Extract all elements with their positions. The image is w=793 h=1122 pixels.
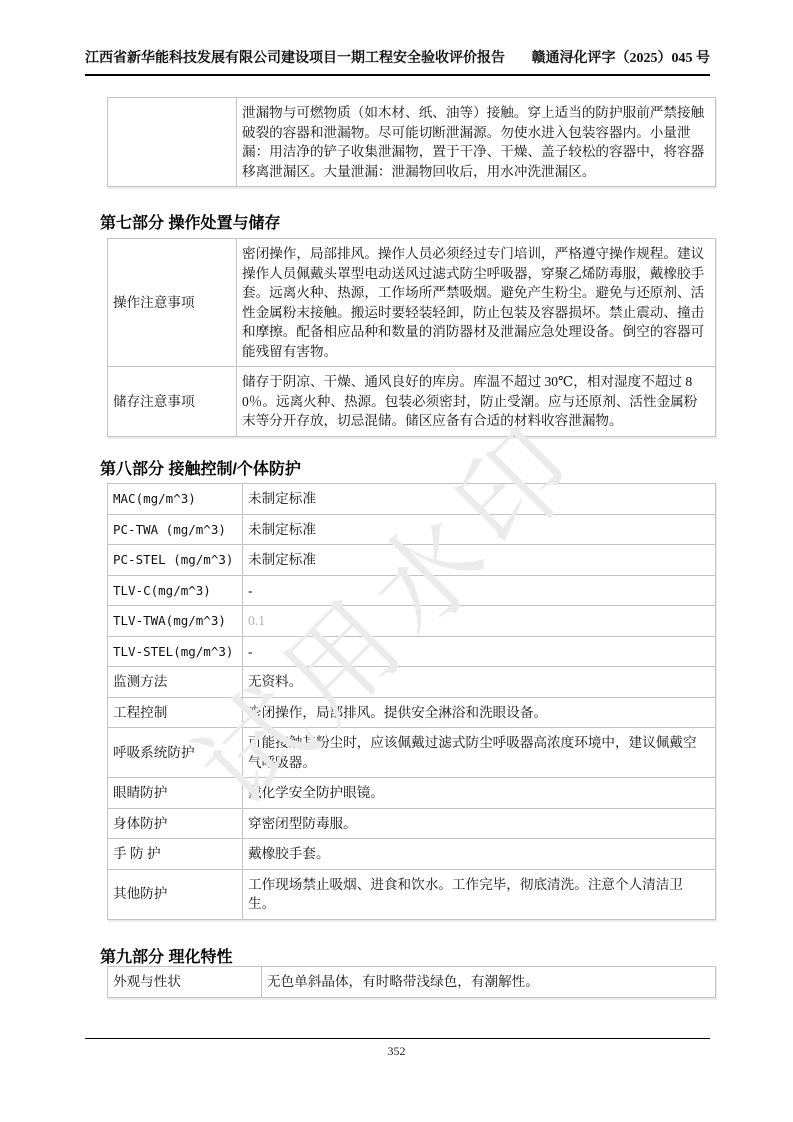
handling-storage-table: 操作注意事项 密闭操作，局部排风。操作人员必须经过专门培训，严格遵守操作规程。建… bbox=[107, 238, 716, 437]
row-value: 戴化学安全防护眼镜。 bbox=[243, 778, 716, 809]
row-label: TLV-TWA(mg/m^3) bbox=[108, 606, 243, 637]
row-label: 储存注意事项 bbox=[108, 367, 237, 437]
section8-title: 第八部分 接触控制/个体防护 bbox=[100, 460, 716, 479]
continuation-table: 泄漏物与可燃物质（如木材、纸、油等）接触。穿上适当的防护服前严禁接触破裂的容器和… bbox=[107, 97, 716, 187]
footer-rule bbox=[85, 1038, 710, 1039]
row-value: - bbox=[243, 636, 716, 667]
row-value: 无资料。 bbox=[243, 667, 716, 698]
table-row: TLV-STEL(mg/m^3) - bbox=[108, 636, 716, 667]
table-row: PC-STEL (mg/m^3) 未制定标准 bbox=[108, 545, 716, 576]
page-header: 江西省新华能科技发展有限公司建设项目一期工程安全验收评价报告 赣通浔化评字（20… bbox=[85, 50, 710, 76]
table-row: 操作注意事项 密闭操作，局部排风。操作人员必须经过专门培训，严格遵守操作规程。建… bbox=[108, 239, 716, 367]
row-label: TLV-STEL(mg/m^3) bbox=[108, 636, 243, 667]
row-label: 工程控制 bbox=[108, 697, 243, 728]
table-row: 呼吸系统防护 可能接触其粉尘时，应该佩戴过滤式防尘呼吸器高浓度环境中，建议佩戴空… bbox=[108, 728, 716, 778]
row-label: 其他防护 bbox=[108, 869, 243, 919]
row-label: PC-STEL (mg/m^3) bbox=[108, 545, 243, 576]
section7-title: 第七部分 操作处置与储存 bbox=[100, 214, 716, 233]
row-value: 未制定标准 bbox=[243, 514, 716, 545]
row-label: 操作注意事项 bbox=[108, 239, 237, 367]
row-value: 未制定标准 bbox=[243, 545, 716, 576]
document-page: 江西省新华能科技发展有限公司建设项目一期工程安全验收评价报告 赣通浔化评字（20… bbox=[0, 0, 793, 1122]
section9-title: 第九部分 理化特性 bbox=[100, 948, 716, 967]
row-label: 手 防 护 bbox=[108, 839, 243, 870]
row-value: 工作现场禁止吸烟、进食和饮水。工作完毕，彻底清洗。注意个人清洁卫生。 bbox=[243, 869, 716, 919]
row-value: 未制定标准 bbox=[243, 484, 716, 515]
row-value: 无色单斜晶体，有时略带浅绿色，有潮解性。 bbox=[262, 967, 716, 998]
row-label: 呼吸系统防护 bbox=[108, 728, 243, 778]
report-number: 赣通浔化评字（2025）045 号 bbox=[532, 50, 711, 68]
row-label: TLV-C(mg/m^3) bbox=[108, 575, 243, 606]
row-value: 戴橡胶手套。 bbox=[243, 839, 716, 870]
row-label: 身体防护 bbox=[108, 808, 243, 839]
row-value: 泄漏物与可燃物质（如木材、纸、油等）接触。穿上适当的防护服前严禁接触破裂的容器和… bbox=[237, 98, 716, 187]
physical-properties-table: 外观与性状 无色单斜晶体，有时略带浅绿色，有潮解性。 bbox=[107, 966, 716, 998]
table-row: 身体防护 穿密闭型防毒服。 bbox=[108, 808, 716, 839]
row-label: PC-TWA (mg/m^3) bbox=[108, 514, 243, 545]
table-row: 监测方法 无资料。 bbox=[108, 667, 716, 698]
row-label bbox=[108, 98, 237, 187]
row-label: 外观与性状 bbox=[108, 967, 262, 998]
row-value: 0.1 bbox=[243, 606, 716, 637]
table-row: 手 防 护 戴橡胶手套。 bbox=[108, 839, 716, 870]
table-row: 其他防护 工作现场禁止吸烟、进食和饮水。工作完毕，彻底清洗。注意个人清洁卫生。 bbox=[108, 869, 716, 919]
table-row: MAC(mg/m^3) 未制定标准 bbox=[108, 484, 716, 515]
table-row: 泄漏物与可燃物质（如木材、纸、油等）接触。穿上适当的防护服前严禁接触破裂的容器和… bbox=[108, 98, 716, 187]
table-row: TLV-TWA(mg/m^3) 0.1 bbox=[108, 606, 716, 637]
row-value: 可能接触其粉尘时，应该佩戴过滤式防尘呼吸器高浓度环境中，建议佩戴空气呼吸器。 bbox=[243, 728, 716, 778]
report-title: 江西省新华能科技发展有限公司建设项目一期工程安全验收评价报告 bbox=[85, 50, 505, 68]
table-row: 储存注意事项 储存于阴凉、干燥、通风良好的库房。库温不超过 30℃，相对湿度不超… bbox=[108, 367, 716, 437]
table-row: 眼睛防护 戴化学安全防护眼镜。 bbox=[108, 778, 716, 809]
row-label: 监测方法 bbox=[108, 667, 243, 698]
row-value: - bbox=[243, 575, 716, 606]
row-value: 密闭操作，局部排风。提供安全淋浴和洗眼设备。 bbox=[243, 697, 716, 728]
row-label: 眼睛防护 bbox=[108, 778, 243, 809]
row-value: 储存于阴凉、干燥、通风良好的库房。库温不超过 30℃，相对湿度不超过 80％。远… bbox=[237, 367, 716, 437]
exposure-control-table: MAC(mg/m^3) 未制定标准 PC-TWA (mg/m^3) 未制定标准 … bbox=[107, 483, 716, 920]
table-row: 工程控制 密闭操作，局部排风。提供安全淋浴和洗眼设备。 bbox=[108, 697, 716, 728]
table-row: TLV-C(mg/m^3) - bbox=[108, 575, 716, 606]
page-number: 352 bbox=[0, 1044, 793, 1059]
row-value: 密闭操作，局部排风。操作人员必须经过专门培训，严格遵守操作规程。建议操作人员佩戴… bbox=[237, 239, 716, 367]
table-row: 外观与性状 无色单斜晶体，有时略带浅绿色，有潮解性。 bbox=[108, 967, 716, 998]
row-value: 穿密闭型防毒服。 bbox=[243, 808, 716, 839]
table-row: PC-TWA (mg/m^3) 未制定标准 bbox=[108, 514, 716, 545]
row-label: MAC(mg/m^3) bbox=[108, 484, 243, 515]
